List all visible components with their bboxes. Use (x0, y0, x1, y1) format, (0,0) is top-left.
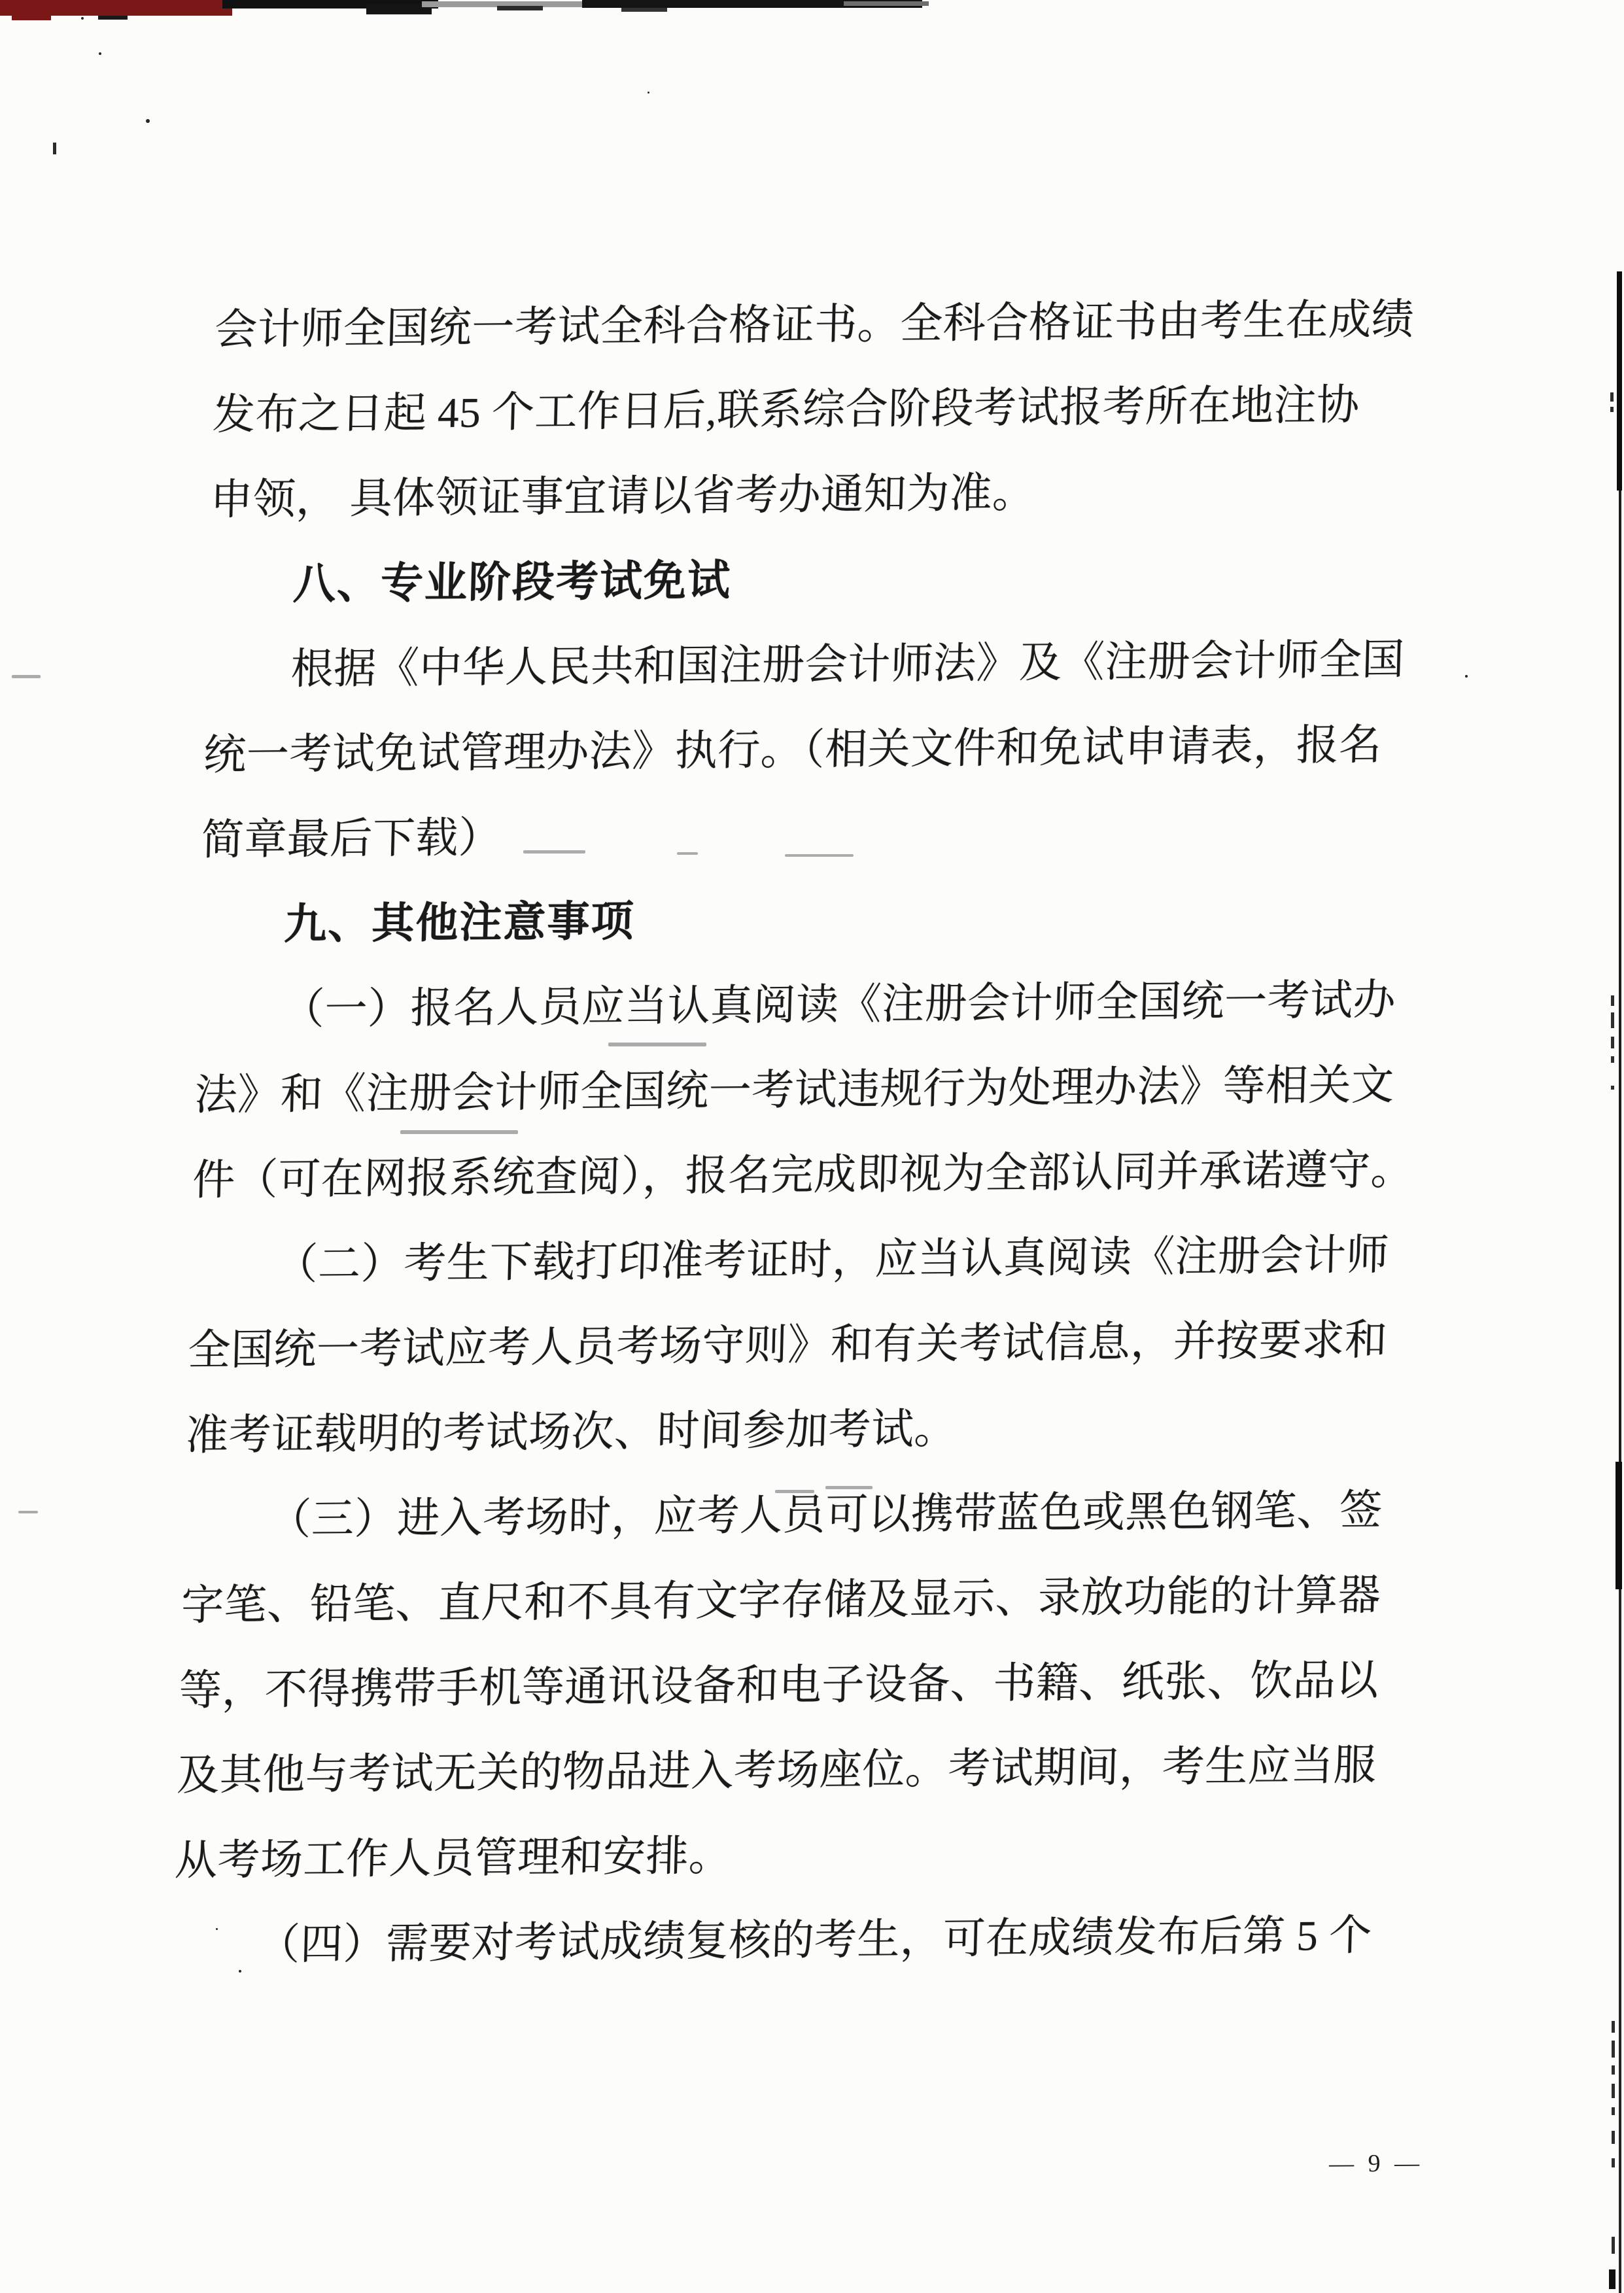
right-edge-dash (1612, 2237, 1615, 2254)
speck (648, 92, 649, 94)
right-edge-dash (1610, 407, 1614, 412)
top-edge-artifact (844, 1, 929, 6)
right-edge-dash (1610, 392, 1614, 402)
smudge (12, 675, 41, 678)
smudge (775, 1490, 814, 1493)
right-edge-artifact (1615, 1462, 1622, 1589)
section-heading: 九、其他注意事项 (198, 872, 1417, 968)
text-line: 从考场工作人员管理和安排。 (173, 1808, 1392, 1903)
document-text: 会计师全国统一考试全科合格证书。全科合格证书由考生在成绩发布之日起 45 个工作… (171, 277, 1432, 1989)
right-edge-dash (1612, 2158, 1615, 2167)
text-line: （二）考生下载打印准考证时，应当认真阅读《注册会计师 (189, 1213, 1408, 1308)
right-edge-dash (1612, 2065, 1615, 2075)
text-line: 发布之日起 45 个工作日后,联系综合阶段考试报考所在地注协 (211, 362, 1430, 458)
text-line: 申领， 具体领证事宜请以省考办通知为准。 (209, 447, 1428, 543)
right-edge-dash (1609, 2269, 1615, 2289)
right-edge-dash (1612, 2021, 1615, 2033)
right-edge-artifact (1617, 271, 1622, 491)
smudge (18, 1511, 38, 1513)
paper-background: 会计师全国统一考试全科合格证书。全科合格证书由考生在成绩发布之日起 45 个工作… (0, 0, 1624, 2293)
smudge (825, 1486, 872, 1489)
top-edge-artifact-red (12, 16, 51, 20)
scanned-page: { "document": { "lines": [ {"text": "会计师… (0, 0, 1624, 2293)
right-edge-dash (1611, 1056, 1614, 1063)
right-edge-dash (1611, 1086, 1614, 1090)
smudge (608, 1043, 706, 1046)
section-heading: 八、专业阶段考试免试 (207, 532, 1425, 628)
speck (146, 119, 150, 123)
text-line: 简章最后下载） (200, 787, 1419, 883)
text-line: 字笔、铅笔、直尺和不具有文字存储及显示、录放功能的计算器 (181, 1553, 1399, 1648)
right-edge-dash (1612, 2084, 1615, 2098)
top-edge-artifact-red (0, 0, 232, 16)
smudge (523, 850, 585, 853)
text-line: （一）报名人员应当认真阅读《注册会计师全国统一考试办 (196, 957, 1414, 1053)
speck (239, 1970, 241, 1973)
text-line: 会计师全国统一考试全科合格证书。全科合格证书由考生在成绩 (214, 277, 1432, 373)
right-edge-dash (1611, 1037, 1614, 1048)
speck (1465, 675, 1468, 678)
right-edge-dash (1612, 2131, 1615, 2144)
right-edge-dash (1611, 995, 1614, 1006)
right-edge-dash (1612, 2041, 1615, 2058)
speck (216, 1928, 218, 1930)
text-line: 全国统一考试应考人员考场守则》和有关考试信息，并按要求和 (187, 1298, 1406, 1393)
text-line: 根据《中华人民共和国注册会计师法》及《注册会计师全国 (205, 617, 1423, 713)
right-edge-dash (1612, 2107, 1615, 2115)
text-line: 准考证载明的考试场次、时间参加考试。 (184, 1383, 1403, 1478)
smudge (400, 1130, 518, 1134)
text-line: （四）需要对考试成绩复核的考生，可在成绩发布后第 5 个 (171, 1893, 1390, 1988)
text-line: （三）进入考场时，应考人员可以携带蓝色或黑色钢笔、签 (182, 1468, 1401, 1563)
speck (53, 143, 56, 154)
text-line: 件（可在网报系统查阅），报名完成即视为全部认同并承诺遵守。 (192, 1128, 1410, 1223)
smudge (785, 854, 854, 857)
text-line: 及其他与考试无关的物品进入考场座位。考试期间，考生应当服 (176, 1723, 1394, 1818)
text-line: 统一考试免试管理办法》执行。（相关文件和免试申请表，报名 (203, 702, 1421, 798)
text-line: 法》和《注册会计师全国统一考试违规行为处理办法》等相关文 (194, 1043, 1412, 1138)
right-edge-artifact (1619, 1589, 1621, 2293)
top-edge-artifact (621, 8, 667, 12)
speck (81, 17, 84, 20)
smudge (677, 852, 698, 855)
top-edge-artifact (497, 6, 543, 10)
text-line: 等，不得携带手机等通讯设备和电子设备、书籍、纸张、饮品以 (178, 1638, 1396, 1733)
page-number: — 9 — (1329, 2148, 1423, 2178)
speck (99, 52, 101, 55)
top-edge-artifact (98, 16, 128, 20)
right-edge-artifact (1619, 491, 1621, 1462)
right-edge-dash (1611, 1012, 1614, 1028)
